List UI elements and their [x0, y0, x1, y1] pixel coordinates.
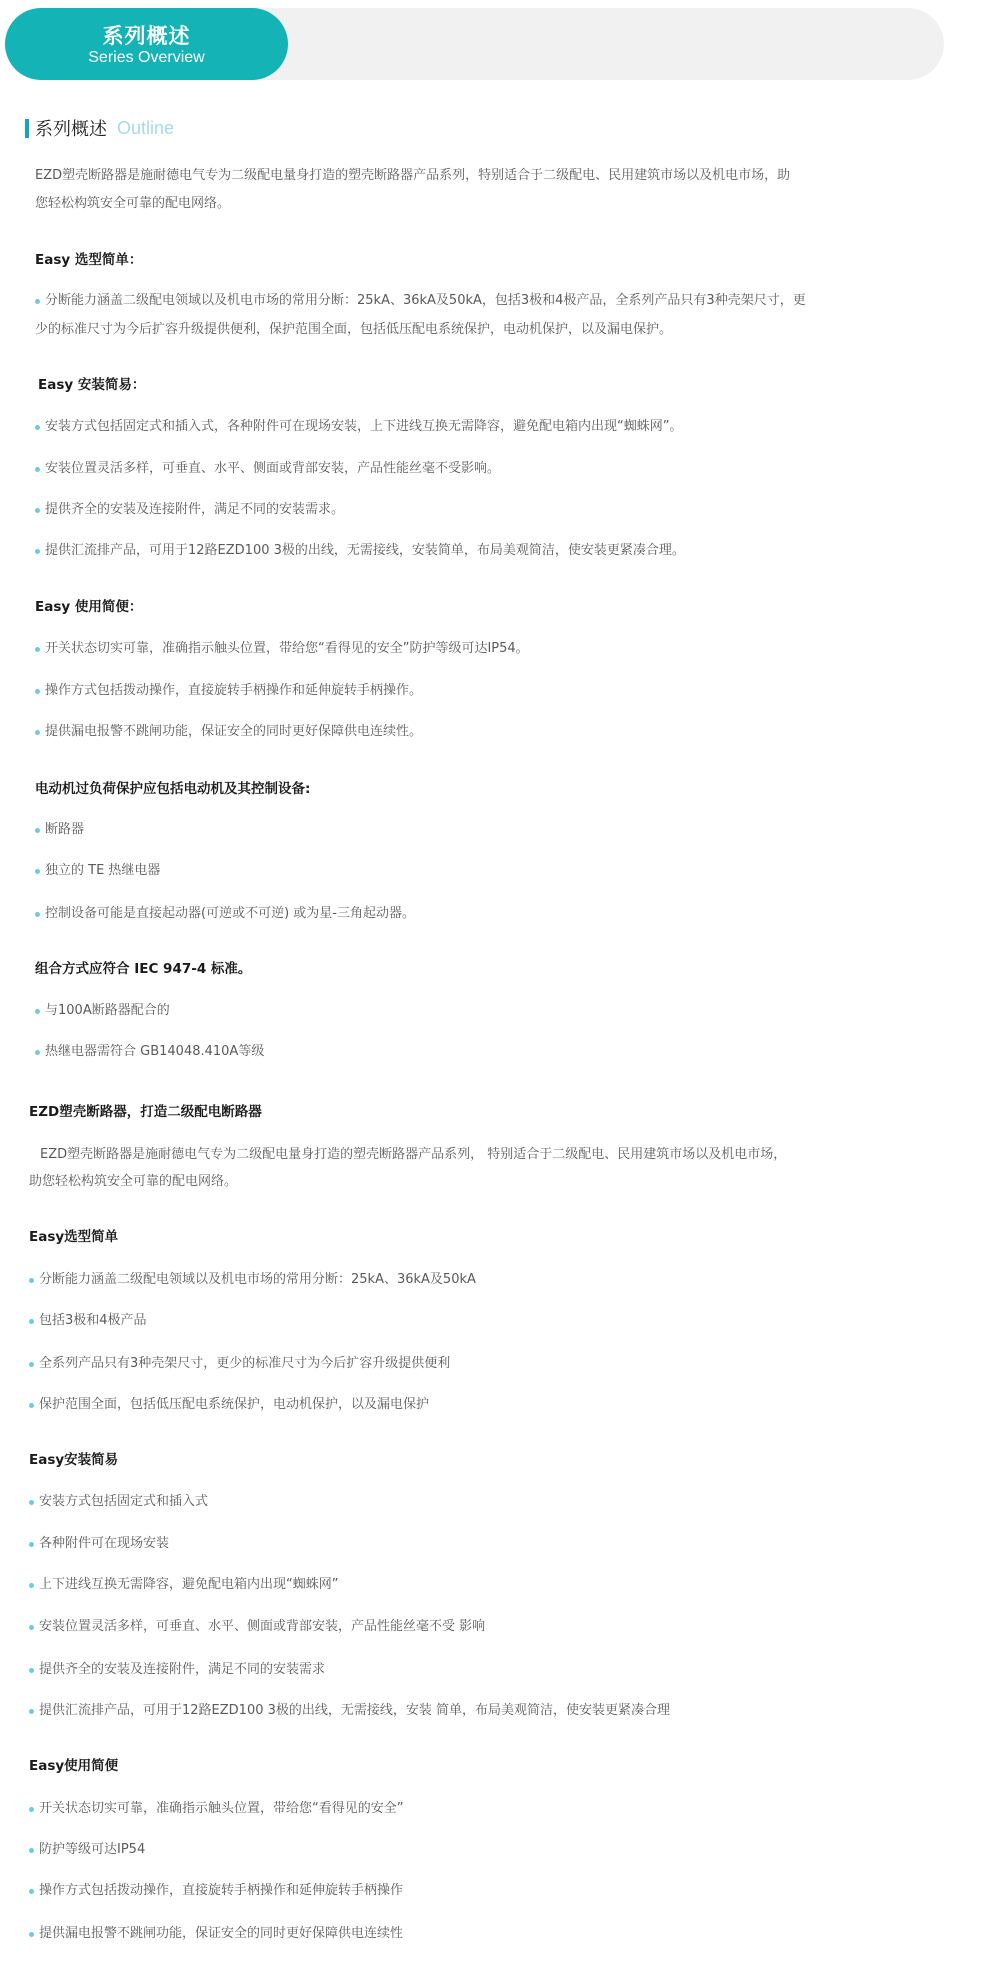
bullet-icon: [29, 1278, 34, 1283]
list-item: 开关状态切实可靠，准确指示触头位置，带给您“看得见的安全”防护等级可达IP54。: [35, 640, 529, 658]
bullet-icon: [35, 1050, 40, 1055]
heading-accent-bar: [25, 119, 29, 138]
list-item: 操作方式包括拨动操作，直接旋转手柄操作和延伸旋转手柄操作: [29, 1882, 403, 1900]
bullet-icon: [29, 1319, 34, 1324]
bullet-icon: [29, 1500, 34, 1505]
bullet-icon: [29, 1932, 34, 1937]
list-item: 全系列产品只有3种壳架尺寸，更少的标准尺寸为今后扩容升级提供便利: [29, 1355, 450, 1373]
block-heading: Easy安装简易: [29, 1451, 118, 1469]
block-heading: Easy 使用简便：: [35, 598, 142, 616]
list-item: 操作方式包括拨动操作，直接旋转手柄操作和延伸旋转手柄操作。: [35, 682, 422, 700]
bullet-icon: [35, 467, 40, 472]
banner-title-en: Series Overview: [5, 49, 288, 67]
list-item: 各种附件可在现场安装: [29, 1535, 169, 1553]
list-item: 上下进线互换无需降容，避免配电箱内出现“蜘蛛网”: [29, 1576, 338, 1594]
bullet-icon: [35, 508, 40, 513]
bullet-icon: [35, 828, 40, 833]
block-heading: Easy 选型简单：: [35, 251, 142, 269]
bullet-icon: [35, 730, 40, 735]
intro-paragraph-line: EZD塑壳断路器是施耐德电气专为二级配电量身打造的塑壳断路器产品系列，特别适合于…: [35, 167, 790, 185]
bullet-icon: [29, 1889, 34, 1894]
outline-title-zh: 系列概述: [35, 115, 107, 141]
list-item-continuation: 少的标准尺寸为今后扩容升级提供便利，保护范围全面，包括低压配电系统保护，电动机保…: [35, 321, 672, 339]
list-item: 安装位置灵活多样，可垂直、水平、侧面或背部安装，产品性能丝毫不受影响。: [35, 460, 500, 478]
bullet-icon: [29, 1807, 34, 1812]
list-item: 保护范围全面，包括低压配电系统保护，电动机保护，以及漏电保护: [29, 1396, 429, 1414]
list-item: 安装位置灵活多样，可垂直、水平、侧面或背部安装，产品性能丝毫不受 影响: [29, 1618, 485, 1636]
list-item: 提供漏电报警不跳闸功能，保证安全的同时更好保障供电连续性。: [35, 723, 422, 741]
bullet-icon: [35, 689, 40, 694]
intro-paragraph-line: EZD塑壳断路器是施耐德电气专为二级配电量身打造的塑壳断路器产品系列， 特别适合…: [40, 1146, 786, 1164]
list-item: 防护等级可达IP54: [29, 1841, 145, 1859]
bullet-icon: [29, 1709, 34, 1714]
block-heading: Easy选型简单: [29, 1228, 118, 1246]
list-item: 提供漏电报警不跳闸功能，保证安全的同时更好保障供电连续性: [29, 1925, 403, 1943]
list-item: 提供汇流排产品，可用于12路EZD100 3极的出线，无需接线，安装 简单，布局…: [29, 1702, 670, 1720]
bullet-icon: [29, 1668, 34, 1673]
bullet-icon: [29, 1403, 34, 1408]
list-item: 提供齐全的安装及连接附件，满足不同的安装需求: [29, 1661, 325, 1679]
list-item: 热继电器需符合 GB14048.410A等级: [35, 1043, 264, 1061]
bullet-icon: [35, 425, 40, 430]
bullet-icon: [29, 1542, 34, 1547]
block-heading: Easy使用简便: [29, 1757, 118, 1775]
list-item: 控制设备可能是直接起动器(可逆或不可逆) 或为星-三角起动器。: [35, 905, 415, 923]
block-heading: 组合方式应符合 IEC 947-4 标准。: [35, 960, 251, 978]
bullet-icon: [35, 1009, 40, 1014]
outline-heading: 系列概述 Outline: [25, 116, 174, 140]
list-item: 安装方式包括固定式和插入式，各种附件可在现场安装，上下进线互换无需降容，避免配电…: [35, 418, 682, 436]
bullet-icon: [35, 912, 40, 917]
list-item: 独立的 TE 热继电器: [35, 862, 160, 880]
list-item: 提供汇流排产品，可用于12路EZD100 3极的出线，无需接线，安装简单，布局美…: [35, 542, 685, 560]
bullet-icon: [29, 1362, 34, 1367]
list-item: 分断能力涵盖二级配电领域以及机电市场的常用分断：25kA、36kA及50kA: [29, 1271, 476, 1289]
list-item: 与100A断路器配合的: [35, 1002, 170, 1020]
bullet-icon: [29, 1583, 34, 1588]
block-heading: 电动机过负荷保护应包括电动机及其控制设备:: [35, 780, 310, 798]
bullet-icon: [35, 647, 40, 652]
outline-title-en: Outline: [117, 118, 174, 139]
bullet-icon: [35, 299, 40, 304]
bullet-icon: [35, 869, 40, 874]
bullet-icon: [29, 1625, 34, 1630]
list-item: 断路器: [35, 821, 84, 839]
banner-title-pill: 系列概述 Series Overview: [5, 8, 288, 80]
bullet-icon: [29, 1848, 34, 1853]
intro-paragraph-line: 助您轻松构筑安全可靠的配电网络。: [29, 1173, 237, 1191]
list-item: 安装方式包括固定式和插入式: [29, 1493, 208, 1511]
list-item: 开关状态切实可靠，准确指示触头位置，带给您“看得见的安全”: [29, 1800, 403, 1818]
bullet-icon: [35, 549, 40, 554]
block-heading: Easy 安装简易：: [38, 376, 145, 394]
section-title: EZD塑壳断路器，打造二级配电断路器: [29, 1103, 262, 1121]
banner-title-zh: 系列概述: [5, 24, 288, 48]
list-item: 包括3极和4极产品: [29, 1312, 147, 1330]
intro-paragraph-line: 您轻松构筑安全可靠的配电网络。: [35, 195, 230, 213]
list-item: 分断能力涵盖二级配电领域以及机电市场的常用分断：25kA、36kA及50kA，包…: [35, 292, 806, 310]
list-item: 提供齐全的安装及连接附件，满足不同的安装需求。: [35, 501, 344, 519]
